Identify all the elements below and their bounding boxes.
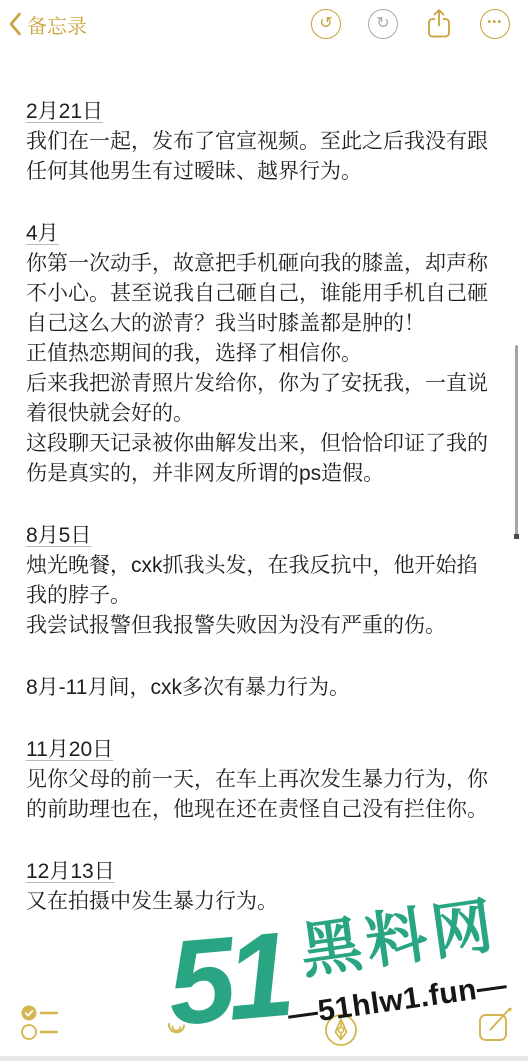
back-button-label: 备忘录 xyxy=(27,10,87,39)
note-paragraph: 你第一次动手，故意把手机砸向我的膝盖，却声称不小心。甚至说我自己砸自己，谁能用手… xyxy=(26,249,496,489)
note-section: 8月5日 烛光晚餐，cxk抓我头发，在我反抗中，他开始掐我的脖子。 我尝试报警但… xyxy=(26,521,496,641)
date-heading: 12月13日 xyxy=(26,857,496,887)
note-section: 2月21日 我们在一起，发布了官宣视频。至此之后我没有跟任何其他男生有过暧昧、越… xyxy=(26,97,496,187)
scrollbar-end xyxy=(514,534,519,539)
undo-glyph: ↺ xyxy=(319,16,332,32)
nav-bar: 备忘录 ↺ ↻ ••• xyxy=(0,0,528,48)
note-paragraph: 烛光晚餐，cxk抓我头发，在我反抗中，他开始掐我的脖子。 我尝试报警但我报警失败… xyxy=(26,551,496,641)
screen-bottom-edge xyxy=(0,1056,528,1061)
back-button[interactable]: 备忘录 xyxy=(8,10,87,39)
date-heading: 2月21日 xyxy=(26,97,496,127)
note-section: 8月-11月间，cxk多次有暴力行为。 xyxy=(26,673,496,703)
note-body[interactable]: 2月21日 我们在一起，发布了官宣视频。至此之后我没有跟任何其他男生有过暧昧、越… xyxy=(26,97,496,949)
note-paragraph: 我们在一起，发布了官宣视频。至此之后我没有跟任何其他男生有过暧昧、越界行为。 xyxy=(26,127,496,187)
undo-icon[interactable]: ↺ xyxy=(311,9,341,39)
date-heading: 4月 xyxy=(26,219,496,249)
note-paragraph: 又在拍摄中发生暴力行为。 xyxy=(26,887,496,917)
note-paragraph: 8月-11月间，cxk多次有暴力行为。 xyxy=(26,673,496,703)
more-dots-glyph: ••• xyxy=(487,18,502,28)
nav-actions: ↺ ↻ ••• xyxy=(311,8,510,40)
note-paragraph: 见你父母的前一天，在车上再次发生暴力行为，你的前助理也在，他现在还在责怪自己没有… xyxy=(26,765,496,825)
redo-glyph: ↻ xyxy=(376,16,389,32)
markup-pen-icon[interactable] xyxy=(323,1012,359,1048)
back-chevron-icon xyxy=(8,12,22,36)
more-icon[interactable]: ••• xyxy=(480,9,510,39)
note-section: 12月13日 又在拍摄中发生暴力行为。 xyxy=(26,857,496,917)
bottom-toolbar xyxy=(0,991,528,1061)
checklist-icon[interactable] xyxy=(20,1004,60,1042)
compose-icon[interactable] xyxy=(477,1005,515,1043)
attachment-icon[interactable] xyxy=(166,1021,188,1041)
date-heading: 11月20日 xyxy=(26,735,496,765)
note-section: 4月 你第一次动手，故意把手机砸向我的膝盖，却声称不小心。甚至说我自己砸自己，谁… xyxy=(26,219,496,489)
share-icon[interactable] xyxy=(425,8,453,40)
note-section: 11月20日 见你父母的前一天，在车上再次发生暴力行为，你的前助理也在，他现在还… xyxy=(26,735,496,825)
date-heading: 8月5日 xyxy=(26,521,496,551)
redo-icon[interactable]: ↻ xyxy=(368,9,398,39)
scrollbar[interactable] xyxy=(515,345,518,535)
